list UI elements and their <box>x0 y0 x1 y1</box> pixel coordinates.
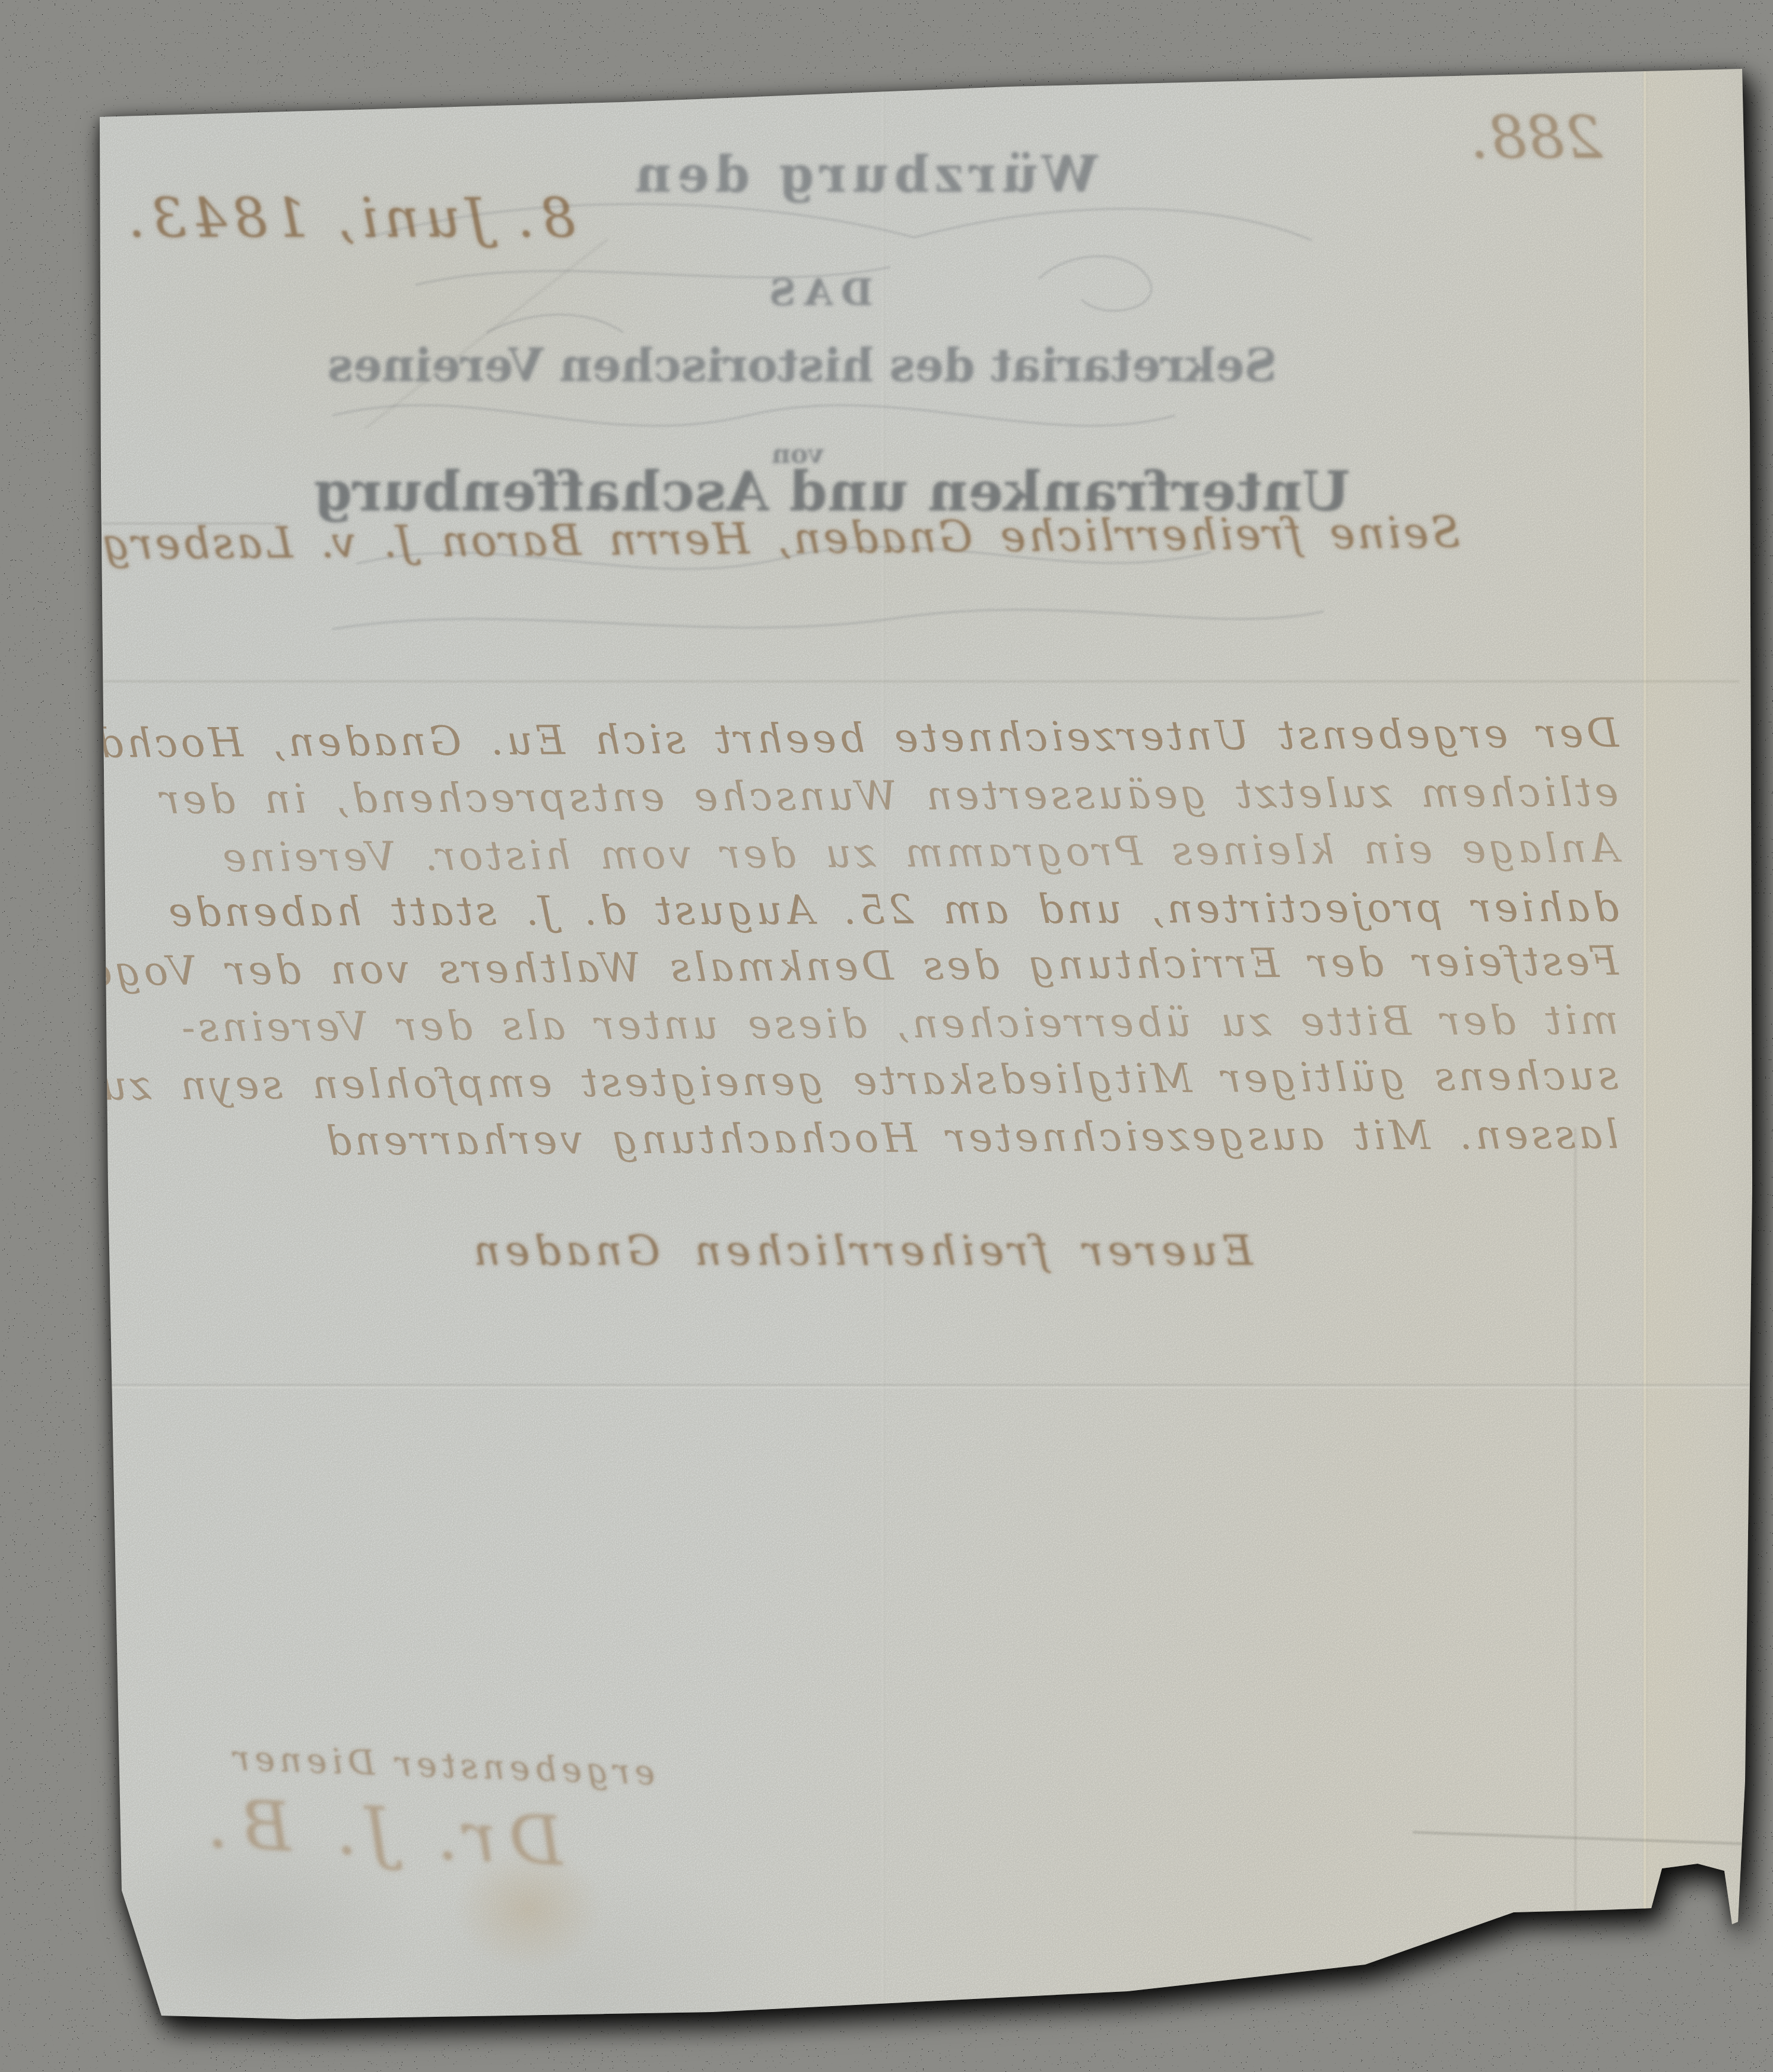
letter-paper-sheet: 288. 8. Juni, 1843. Würzburg den DAS Sek… <box>0 0 1773 2072</box>
letterhead-title-line1: Sekretariat des historischen Vereines <box>328 343 1277 388</box>
address-line-handwritten: Seine freiherrliche Gnaden, Herrn Baron … <box>0 511 1460 567</box>
body-line: mit der Bitte zu überreichen, diese unte… <box>179 1001 1619 1049</box>
letterhead-das: DAS <box>761 274 873 311</box>
letterhead-place-printed: Würzburg den <box>629 150 1098 199</box>
body-line: lassen. Mit ausgezeichneter Hochachtung … <box>323 1115 1619 1162</box>
body-line: Anlage ein kleines Programm zu der vom h… <box>220 829 1619 878</box>
body-line: Festfeier der Errichtung des Denkmals Wa… <box>0 941 1619 994</box>
body-line: etlichem zuletzt geäusserten Wunsche ent… <box>157 773 1619 821</box>
body-line: Der ergebenst Unterzeichnete beehrt sich… <box>0 713 1619 766</box>
signature-illegible: Dr. J. B. <box>194 1789 564 1876</box>
closing-formula: Euerer freiherrlichen Gnaden <box>469 1230 1253 1271</box>
body-line: suchens gültiger Mitgliedskarte geneigte… <box>98 1056 1619 1107</box>
paper-shadow: 288. 8. Juni, 1843. Würzburg den DAS Sek… <box>0 0 1773 2072</box>
scanned-letter-page: 288. 8. Juni, 1843. Würzburg den DAS Sek… <box>0 0 1773 2072</box>
archive-page-number: 288. <box>1470 108 1603 167</box>
letterhead-date-handwritten: 8. Juni, 1843. <box>122 191 576 246</box>
body-line: dahier projectirten, und am 25. August d… <box>165 888 1619 934</box>
